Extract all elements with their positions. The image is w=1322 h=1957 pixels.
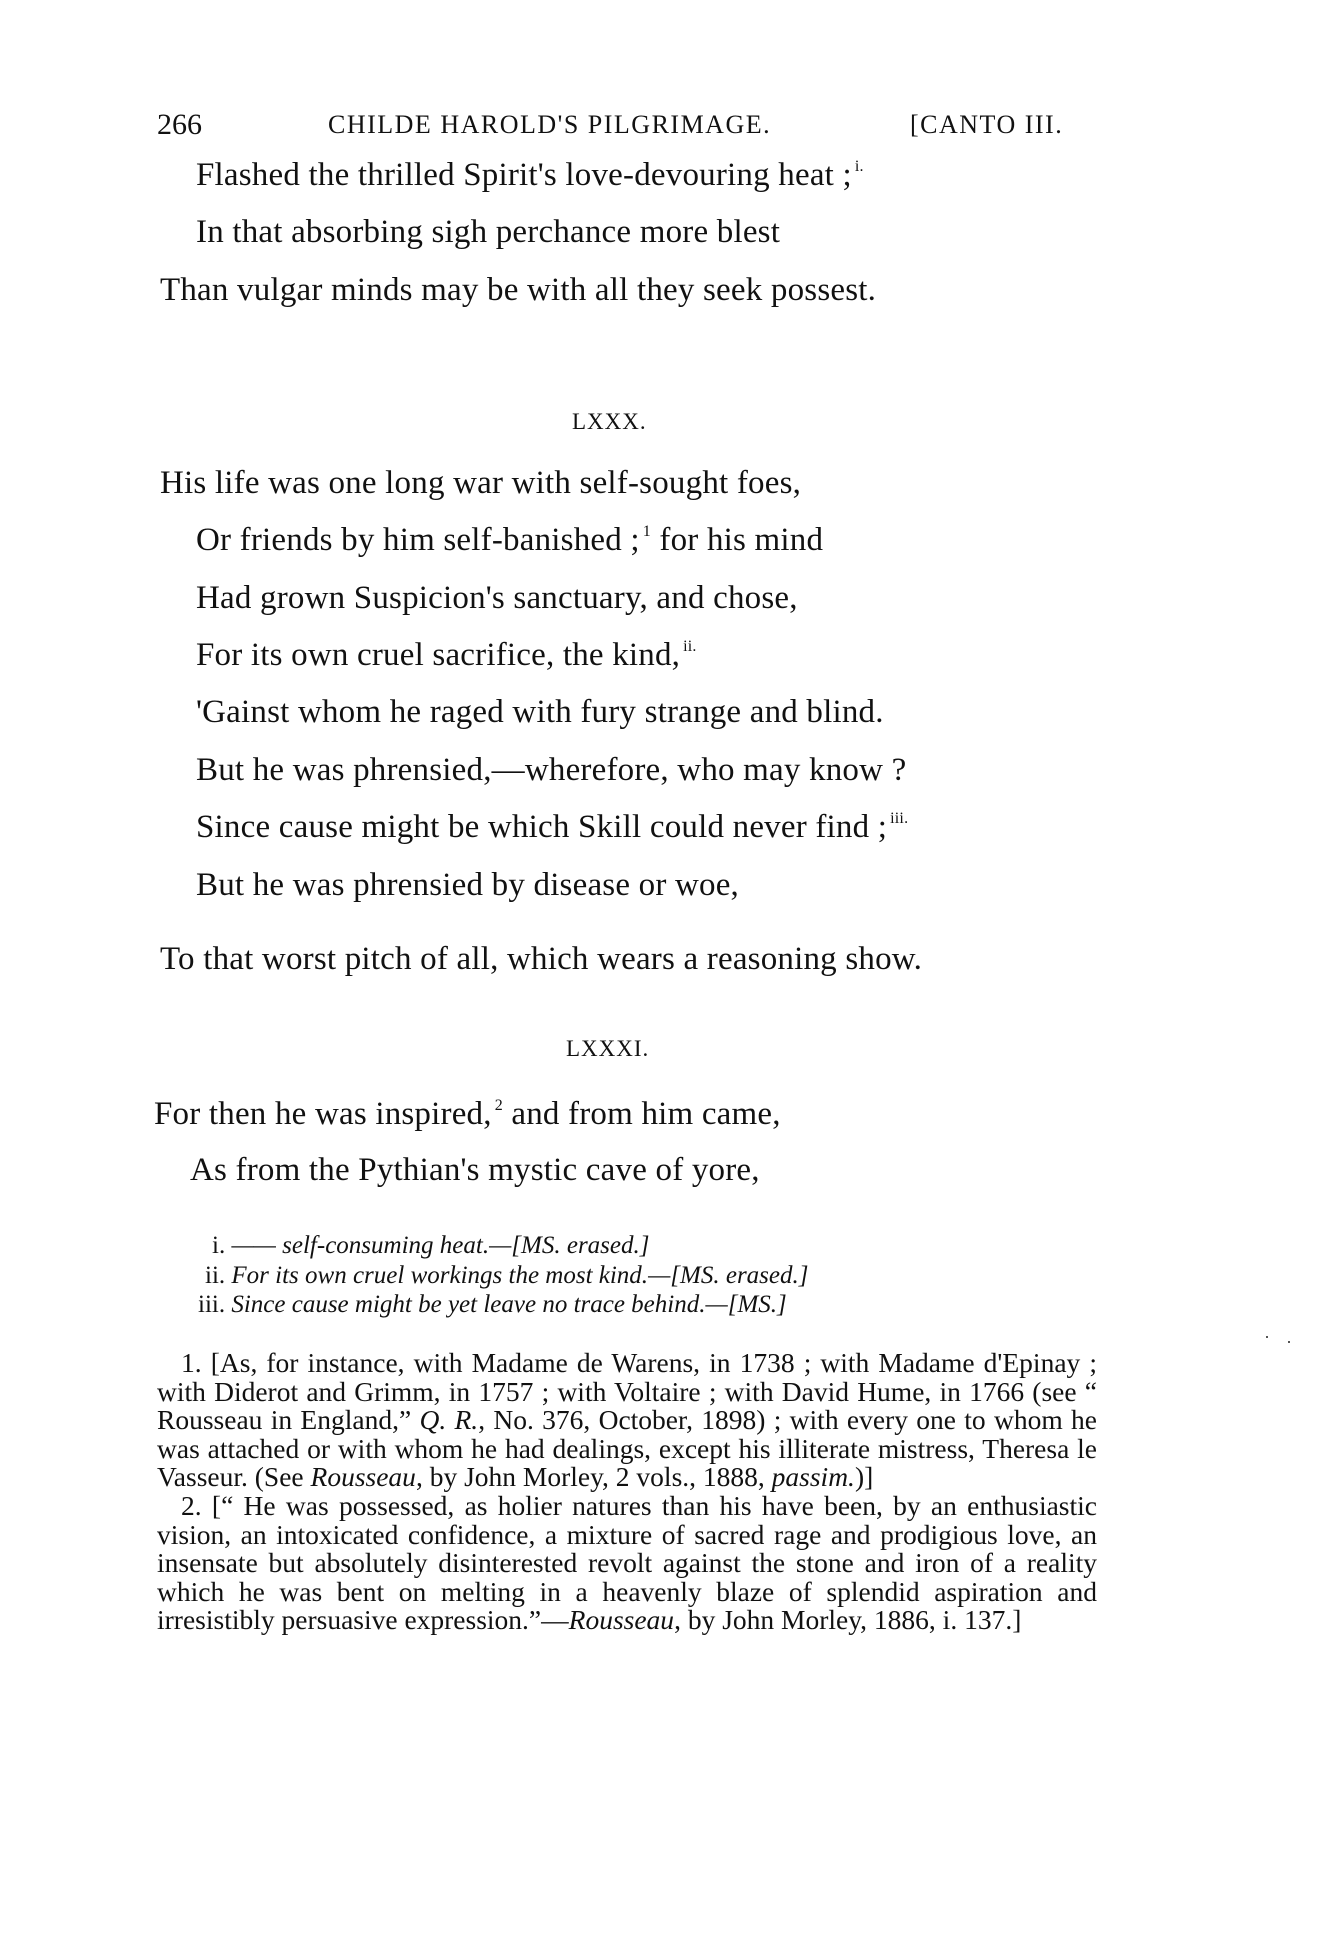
verse-text: Flashed the thrilled Spirit's love-devou… <box>196 157 852 193</box>
footnote-text: , by John Morley, 1886, i. 137.] <box>674 1604 1021 1635</box>
verse-text: For its own cruel sacrifice, the kind, <box>196 637 680 673</box>
verse-line: 'Gainst whom he raged with fury strange … <box>196 696 884 729</box>
verse-text: and from him came, <box>503 1096 781 1132</box>
scan-speck <box>1266 1336 1268 1338</box>
verse-text: for his mind <box>651 522 823 558</box>
verse-line: Flashed the thrilled Spirit's love-devou… <box>196 159 864 192</box>
variant-source: —[MS. erased.] <box>648 1262 808 1289</box>
verse-line: To that worst pitch of all, which wears … <box>160 943 922 976</box>
verse-text: Since cause might be which Skill could n… <box>196 809 887 845</box>
citation-passim: passim. <box>772 1461 855 1492</box>
variant-marker: iii. <box>890 810 908 827</box>
footnote-marker: 2 <box>495 1097 503 1114</box>
variant-label: iii. <box>198 1291 225 1318</box>
variant-text: For its own cruel workings the most kind… <box>231 1262 648 1289</box>
variant-text: Since cause might be yet leave no trace … <box>231 1291 705 1318</box>
running-title: CHILDE HAROLD'S PILGRIMAGE. <box>328 112 771 138</box>
verse-line: Had grown Suspicion's sanctuary, and cho… <box>196 582 798 615</box>
verse-line: Or friends by him self-banished ;1 for h… <box>196 524 823 557</box>
variant-note: i. —— self-consuming heat.—[MS. erased.] <box>212 1233 650 1258</box>
variant-note: ii. For its own cruel workings the most … <box>205 1263 808 1288</box>
footnote-label: 1. <box>181 1347 202 1378</box>
footnotes: 1. [As, for instance, with Madame de War… <box>157 1349 1097 1635</box>
scan-speck <box>1288 1341 1290 1343</box>
variant-text: —— self-consuming heat. <box>231 1232 489 1259</box>
verse-line: As from the Pythian's mystic cave of yor… <box>190 1154 760 1187</box>
variant-note: iii. Since cause might be yet leave no t… <box>198 1292 787 1317</box>
variant-marker: i. <box>855 158 864 175</box>
stanza-number: LXXXI. <box>566 1037 649 1060</box>
stanza-number: LXXX. <box>572 410 647 433</box>
verse-line: But he was phrensied by disease or woe, <box>196 869 739 902</box>
citation-abbrev: Q. R. <box>419 1404 478 1435</box>
footnote-text: , by John Morley, 2 vols., 1888, <box>416 1461 772 1492</box>
footnote-1: 1. [As, for instance, with Madame de War… <box>157 1349 1097 1492</box>
verse-text: For then he was inspired, <box>154 1096 492 1132</box>
variant-marker: ii. <box>683 638 697 655</box>
variant-source: —[MS.] <box>705 1291 786 1318</box>
footnote-2: 2. [“ He was possessed, as holier nature… <box>157 1492 1097 1635</box>
variant-label: ii. <box>205 1262 225 1289</box>
verse-line: For its own cruel sacrifice, the kind,ii… <box>196 639 697 672</box>
footnote-marker: 1 <box>643 523 651 540</box>
footnote-label: 2. <box>181 1490 202 1521</box>
variant-source: —[MS. erased.] <box>489 1232 649 1259</box>
footnote-text: )] <box>855 1461 873 1492</box>
book-page: 266 CHILDE HAROLD'S PILGRIMAGE. [CANTO I… <box>0 0 1322 1957</box>
verse-text: Or friends by him self-banished ; <box>196 522 640 558</box>
book-title: Rousseau <box>311 1461 416 1492</box>
verse-line: In that absorbing sigh perchance more bl… <box>196 216 780 249</box>
book-title: Rousseau <box>569 1604 674 1635</box>
page-number: 266 <box>157 110 202 140</box>
verse-line: His life was one long war with self-soug… <box>160 467 801 500</box>
canto-label: [CANTO III. <box>910 112 1063 138</box>
verse-line: But he was phrensied,—wherefore, who may… <box>196 754 906 787</box>
verse-line: Since cause might be which Skill could n… <box>196 811 908 844</box>
variant-label: i. <box>212 1232 225 1259</box>
verse-line: For then he was inspired,2 and from him … <box>154 1098 781 1131</box>
verse-line: Than vulgar minds may be with all they s… <box>160 274 876 307</box>
